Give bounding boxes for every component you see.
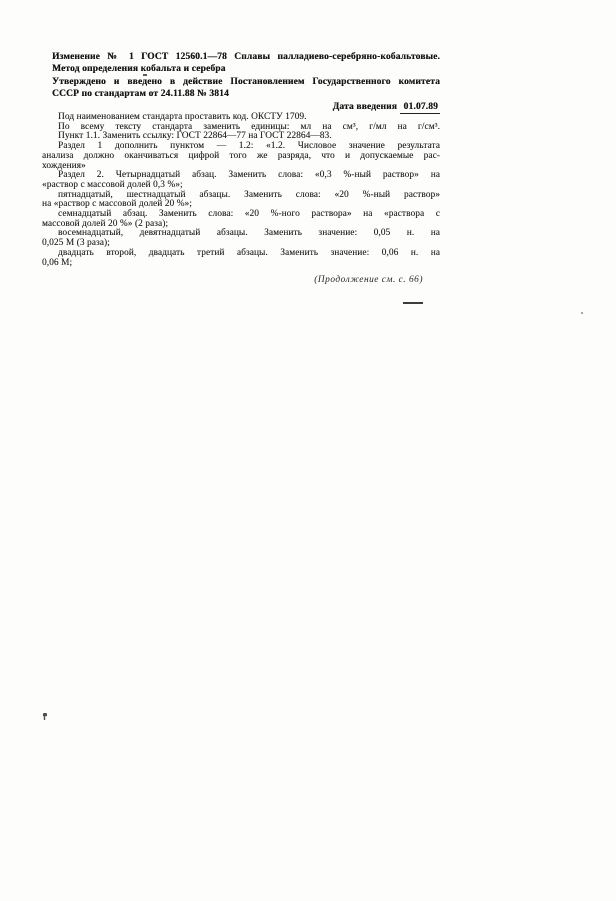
scan-tick-artifact (143, 74, 147, 76)
scan-dot-artifact (581, 312, 583, 314)
approval-statement-line1: Утверждено и введено в действие Постанов… (52, 76, 440, 88)
document-header: Изменение № 1 ГОСТ 12560.1—78 Сплавы пал… (52, 51, 440, 113)
effective-date-value: 01.07.89 (400, 102, 440, 114)
standard-title-line2: Метод определения кобальта и серебра (52, 63, 440, 75)
end-rule-mark (403, 302, 423, 304)
body-line: анализа должно оканчиваться цифрой того … (42, 152, 440, 162)
body-line: двадцать второй, двадцать третий абзацы.… (42, 249, 440, 259)
approval-statement-line2: СССР по стандартам от 24.11.88 № 3814 (52, 88, 440, 100)
continuation-note: (Продолжение см. с. 66) (42, 275, 440, 285)
effective-date-label: Дата введения (333, 102, 397, 112)
scan-speck-artifact (43, 713, 47, 720)
amendment-body: Под наименованием стандарта проставить к… (42, 113, 440, 268)
standard-title-line1: Изменение № 1 ГОСТ 12560.1—78 Сплавы пал… (52, 51, 440, 63)
scanned-document-page: Изменение № 1 ГОСТ 12560.1—78 Сплавы пал… (0, 0, 616, 901)
body-line: 0,06 М; (42, 259, 440, 269)
